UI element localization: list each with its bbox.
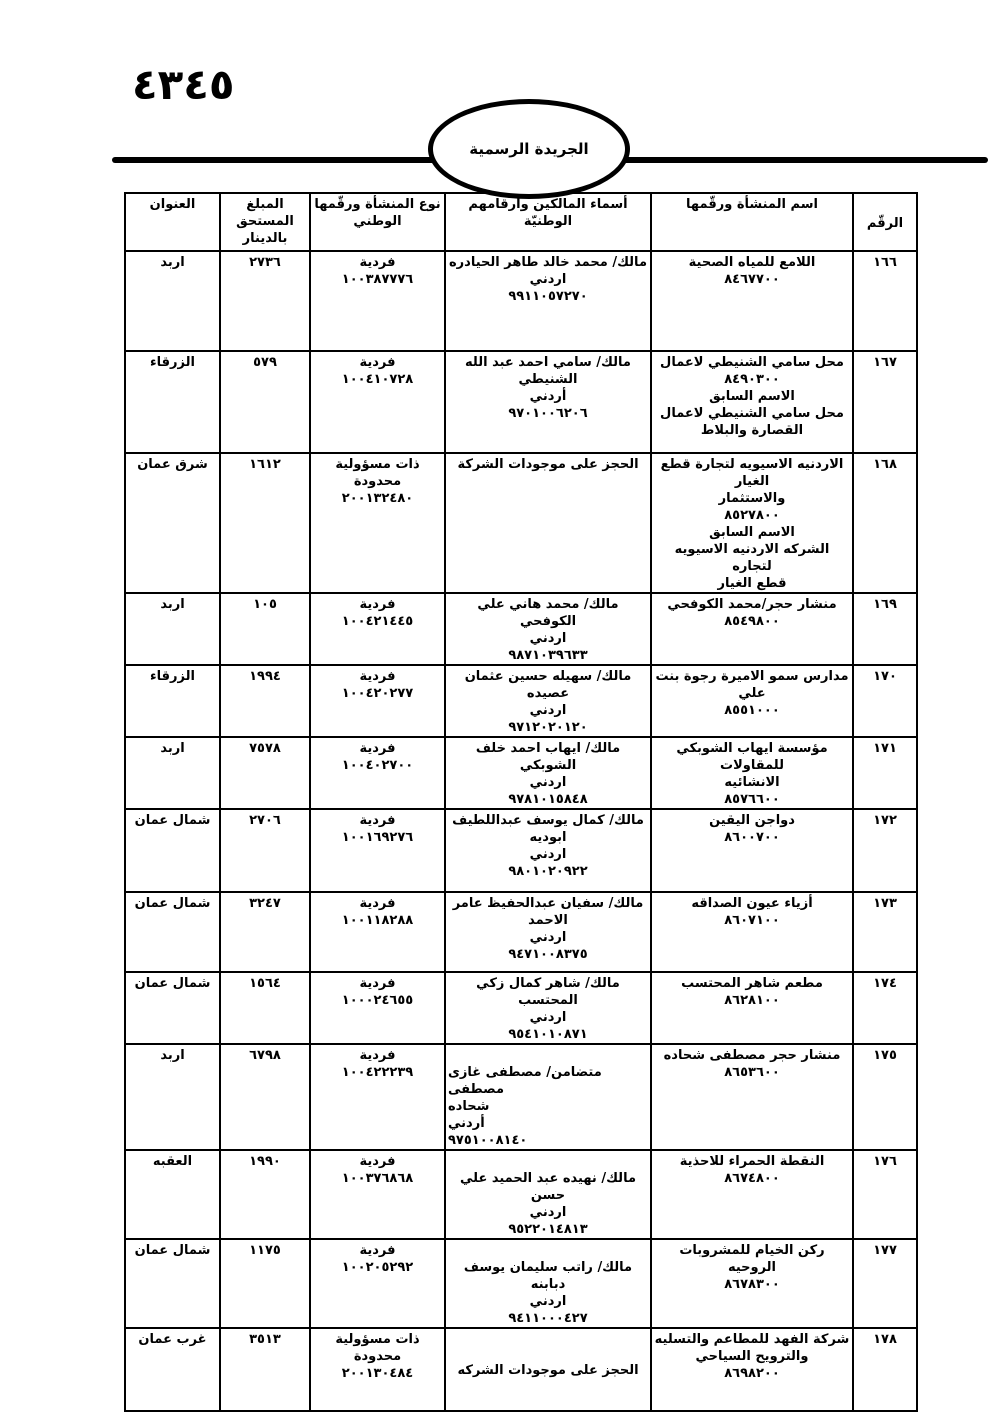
cell-type: فردية١٠٠٤١٠٧٢٨ <box>310 351 445 453</box>
cell-amount: ٢٧٣٦ <box>220 251 310 351</box>
establishments-table-wrapper: الرقّم اسم المنشأة ورقّمها أسماء المالكي… <box>124 192 918 1412</box>
cell-type: فردية١٠٠٢٠٥٢٩٢ <box>310 1239 445 1328</box>
column-header-address: العنوان <box>125 193 220 251</box>
cell-type: فردية١٠٠٣٧٦٨٦٨ <box>310 1150 445 1239</box>
cell-type: ذات مسؤوليةمحدودة٢٠٠١٣٢٤٨٠ <box>310 453 445 593</box>
cell-serial: ١٧٢ <box>853 809 917 892</box>
gazette-banner-title: الجريدة الرسمية <box>469 140 588 158</box>
cell-serial: ١٦٦ <box>853 251 917 351</box>
cell-address: العقبه <box>125 1150 220 1239</box>
cell-amount: ١٦١٢ <box>220 453 310 593</box>
cell-serial: ١٧٠ <box>853 665 917 737</box>
cell-establishment: منشار حجر مصطفى شحاده٨٦٥٣٦٠٠ <box>651 1044 853 1150</box>
cell-serial: ١٧٧ <box>853 1239 917 1328</box>
cell-address: اربد <box>125 737 220 809</box>
cell-amount: ٧٥٧٨ <box>220 737 310 809</box>
table-row: ١٧٠مدارس سمو الاميرة رجوة بنتعلي٨٥٥١٠٠٠م… <box>125 665 917 737</box>
table-row: ١٦٦اللامع للمياه الصحية٨٤٦٧٧٠٠مالك/ محمد… <box>125 251 917 351</box>
table-row: ١٧٢دواجن اليقين٨٦٠٠٧٠٠مالك/ كمال يوسف عب… <box>125 809 917 892</box>
column-header-type: نوع المنشأة ورقّمهاالوطني <box>310 193 445 251</box>
cell-establishment: الاردنيه الاسيويه لتجارة قطع الغياروالاس… <box>651 453 853 593</box>
cell-serial: ١٦٧ <box>853 351 917 453</box>
cell-establishment: مدارس سمو الاميرة رجوة بنتعلي٨٥٥١٠٠٠ <box>651 665 853 737</box>
table-body: ١٦٦اللامع للمياه الصحية٨٤٦٧٧٠٠مالك/ محمد… <box>125 251 917 1411</box>
cell-type: فردية١٠٠٤٢٠٢٧٧ <box>310 665 445 737</box>
cell-establishment: النقطة الحمراء للاحذية٨٦٧٤٨٠٠ <box>651 1150 853 1239</box>
cell-serial: ١٧٨ <box>853 1328 917 1411</box>
cell-serial: ١٧٦ <box>853 1150 917 1239</box>
cell-address: شمال عمان <box>125 972 220 1044</box>
table-row: ١٧٨شركة الفهد للمطاعم والتسليهوالترويح ا… <box>125 1328 917 1411</box>
table-row: ١٧٣أزياء عيون الصداقه٨٦٠٧١٠٠مالك/ سفيان … <box>125 892 917 972</box>
cell-owners: مالك/ كمال يوسف عبداللطيفابوديهاردني٩٨٠١… <box>445 809 651 892</box>
cell-address: اربد <box>125 1044 220 1150</box>
table-row: ١٧٥منشار حجر مصطفى شحاده٨٦٥٣٦٠٠ متضامن/ … <box>125 1044 917 1150</box>
cell-address: اربد <box>125 251 220 351</box>
cell-type: فردية١٠٠١١٨٢٨٨ <box>310 892 445 972</box>
cell-establishment: دواجن اليقين٨٦٠٠٧٠٠ <box>651 809 853 892</box>
cell-serial: ١٦٨ <box>853 453 917 593</box>
cell-establishment: مطعم شاهر المحتسب٨٦٢٨١٠٠ <box>651 972 853 1044</box>
cell-owners: مالك/ نهيده عبد الحميد علي حسناردني٩٥٢٢٠… <box>445 1150 651 1239</box>
cell-owners: مالك/ راتب سليمان يوسف دبابنهاردني٩٤١١٠٠… <box>445 1239 651 1328</box>
cell-type: ذات مسؤوليةمحدودة٢٠٠١٣٠٤٨٤ <box>310 1328 445 1411</box>
cell-serial: ١٧١ <box>853 737 917 809</box>
cell-amount: ١٩٩٤ <box>220 665 310 737</box>
cell-establishment: أزياء عيون الصداقه٨٦٠٧١٠٠ <box>651 892 853 972</box>
cell-establishment: مؤسسة ايهاب الشوبكي للمقاولاتالانشائيه٨٥… <box>651 737 853 809</box>
cell-address: شمال عمان <box>125 1239 220 1328</box>
cell-amount: ١٩٩٠ <box>220 1150 310 1239</box>
cell-amount: ٦٧٩٨ <box>220 1044 310 1150</box>
cell-owners: متضامن/ مصطفى غازى مصطفىشحادهأردني٩٧٥١٠٠… <box>445 1044 651 1150</box>
table-header-row: الرقّم اسم المنشأة ورقّمها أسماء المالكي… <box>125 193 917 251</box>
cell-type: فردية١٠٠١٦٩٢٧٦ <box>310 809 445 892</box>
page-number: ٤٣٤٥ <box>132 60 235 109</box>
table-row: ١٦٨الاردنيه الاسيويه لتجارة قطع الغياروا… <box>125 453 917 593</box>
gazette-page: ٤٣٤٥ الجريدة الرسمية الرقّم اسم المنشأة … <box>0 0 1000 1413</box>
column-header-establishment: اسم المنشأة ورقّمها <box>651 193 853 251</box>
cell-serial: ١٧٥ <box>853 1044 917 1150</box>
cell-amount: ٣٢٤٧ <box>220 892 310 972</box>
cell-address: غرب عمان <box>125 1328 220 1411</box>
cell-amount: ٢٧٠٦ <box>220 809 310 892</box>
table-row: ١٦٩منشار حجر/محمد الكوفحي٨٥٤٩٨٠٠مالك/ مح… <box>125 593 917 665</box>
establishments-table: الرقّم اسم المنشأة ورقّمها أسماء المالكي… <box>124 192 918 1412</box>
cell-address: شمال عمان <box>125 892 220 972</box>
cell-owners: مالك/ سهيله حسين عثمان عصيدهاردني٩٧١٢٠٢٠… <box>445 665 651 737</box>
cell-owners: مالك/ سفيان عبدالحفيظ عامرالاحمداردني٩٤٧… <box>445 892 651 972</box>
cell-owners: مالك/ محمد هاني علي الكوفحياردني٩٨٧١٠٣٩٦… <box>445 593 651 665</box>
cell-owners: مالك/ محمد خالد طاهر الحيادرهاردني٩٩١١٠٥… <box>445 251 651 351</box>
cell-amount: ١٠٥ <box>220 593 310 665</box>
cell-address: اربد <box>125 593 220 665</box>
cell-amount: ٥٧٩ <box>220 351 310 453</box>
cell-type: فردية١٠٠٤٢٢٢٣٩ <box>310 1044 445 1150</box>
column-header-owners: أسماء المالكين وأرقامهم الوطنيّة <box>445 193 651 251</box>
cell-serial: ١٧٣ <box>853 892 917 972</box>
cell-type: فردية١٠٠٣٨٧٧٧٦ <box>310 251 445 351</box>
cell-type: فردية١٠٠٠٢٤٦٥٥ <box>310 972 445 1044</box>
cell-type: فردية١٠٠٤٠٢٧٠٠ <box>310 737 445 809</box>
cell-establishment: شركة الفهد للمطاعم والتسليهوالترويح السي… <box>651 1328 853 1411</box>
table-row: ١٦٧محل سامي الشنيطي لاعمال٨٤٩٠٣٠٠الاسم ا… <box>125 351 917 453</box>
table-row: ١٧٦النقطة الحمراء للاحذية٨٦٧٤٨٠٠ مالك/ ن… <box>125 1150 917 1239</box>
table-row: ١٧٧ركن الخيام للمشروبات الروحيه٨٦٧٨٣٠٠ م… <box>125 1239 917 1328</box>
cell-serial: ١٧٤ <box>853 972 917 1044</box>
cell-amount: ٣٥١٣ <box>220 1328 310 1411</box>
cell-owners: الحجز على موجودات الشركة <box>445 453 651 593</box>
cell-establishment: ركن الخيام للمشروبات الروحيه٨٦٧٨٣٠٠ <box>651 1239 853 1328</box>
gazette-banner-ellipse: الجريدة الرسمية <box>428 99 630 199</box>
cell-type: فردية١٠٠٤٢١٤٤٥ <box>310 593 445 665</box>
cell-amount: ١١٧٥ <box>220 1239 310 1328</box>
cell-establishment: اللامع للمياه الصحية٨٤٦٧٧٠٠ <box>651 251 853 351</box>
cell-owners: الحجز على موجودات الشركه <box>445 1328 651 1411</box>
cell-owners: مالك/ ايهاب احمد خلف الشوبكياردني٩٧٨١٠١٥… <box>445 737 651 809</box>
cell-serial: ١٦٩ <box>853 593 917 665</box>
column-header-amount: المبلغالمستحقبالدينار <box>220 193 310 251</box>
cell-establishment: محل سامي الشنيطي لاعمال٨٤٩٠٣٠٠الاسم السا… <box>651 351 853 453</box>
cell-establishment: منشار حجر/محمد الكوفحي٨٥٤٩٨٠٠ <box>651 593 853 665</box>
cell-address: الزرقاء <box>125 351 220 453</box>
table-row: ١٧١مؤسسة ايهاب الشوبكي للمقاولاتالانشائي… <box>125 737 917 809</box>
cell-address: شمال عمان <box>125 809 220 892</box>
cell-owners: مالك/ شاهر كمال زكي المحتسباردني٩٥٤١٠١٠٨… <box>445 972 651 1044</box>
cell-address: شرق عمان <box>125 453 220 593</box>
column-header-serial: الرقّم <box>853 193 917 251</box>
cell-amount: ١٥٦٤ <box>220 972 310 1044</box>
cell-address: الزرقاء <box>125 665 220 737</box>
table-row: ١٧٤مطعم شاهر المحتسب٨٦٢٨١٠٠مالك/ شاهر كم… <box>125 972 917 1044</box>
cell-owners: مالك/ سامي احمد عبد الله الشنيطيأردني٩٧٠… <box>445 351 651 453</box>
